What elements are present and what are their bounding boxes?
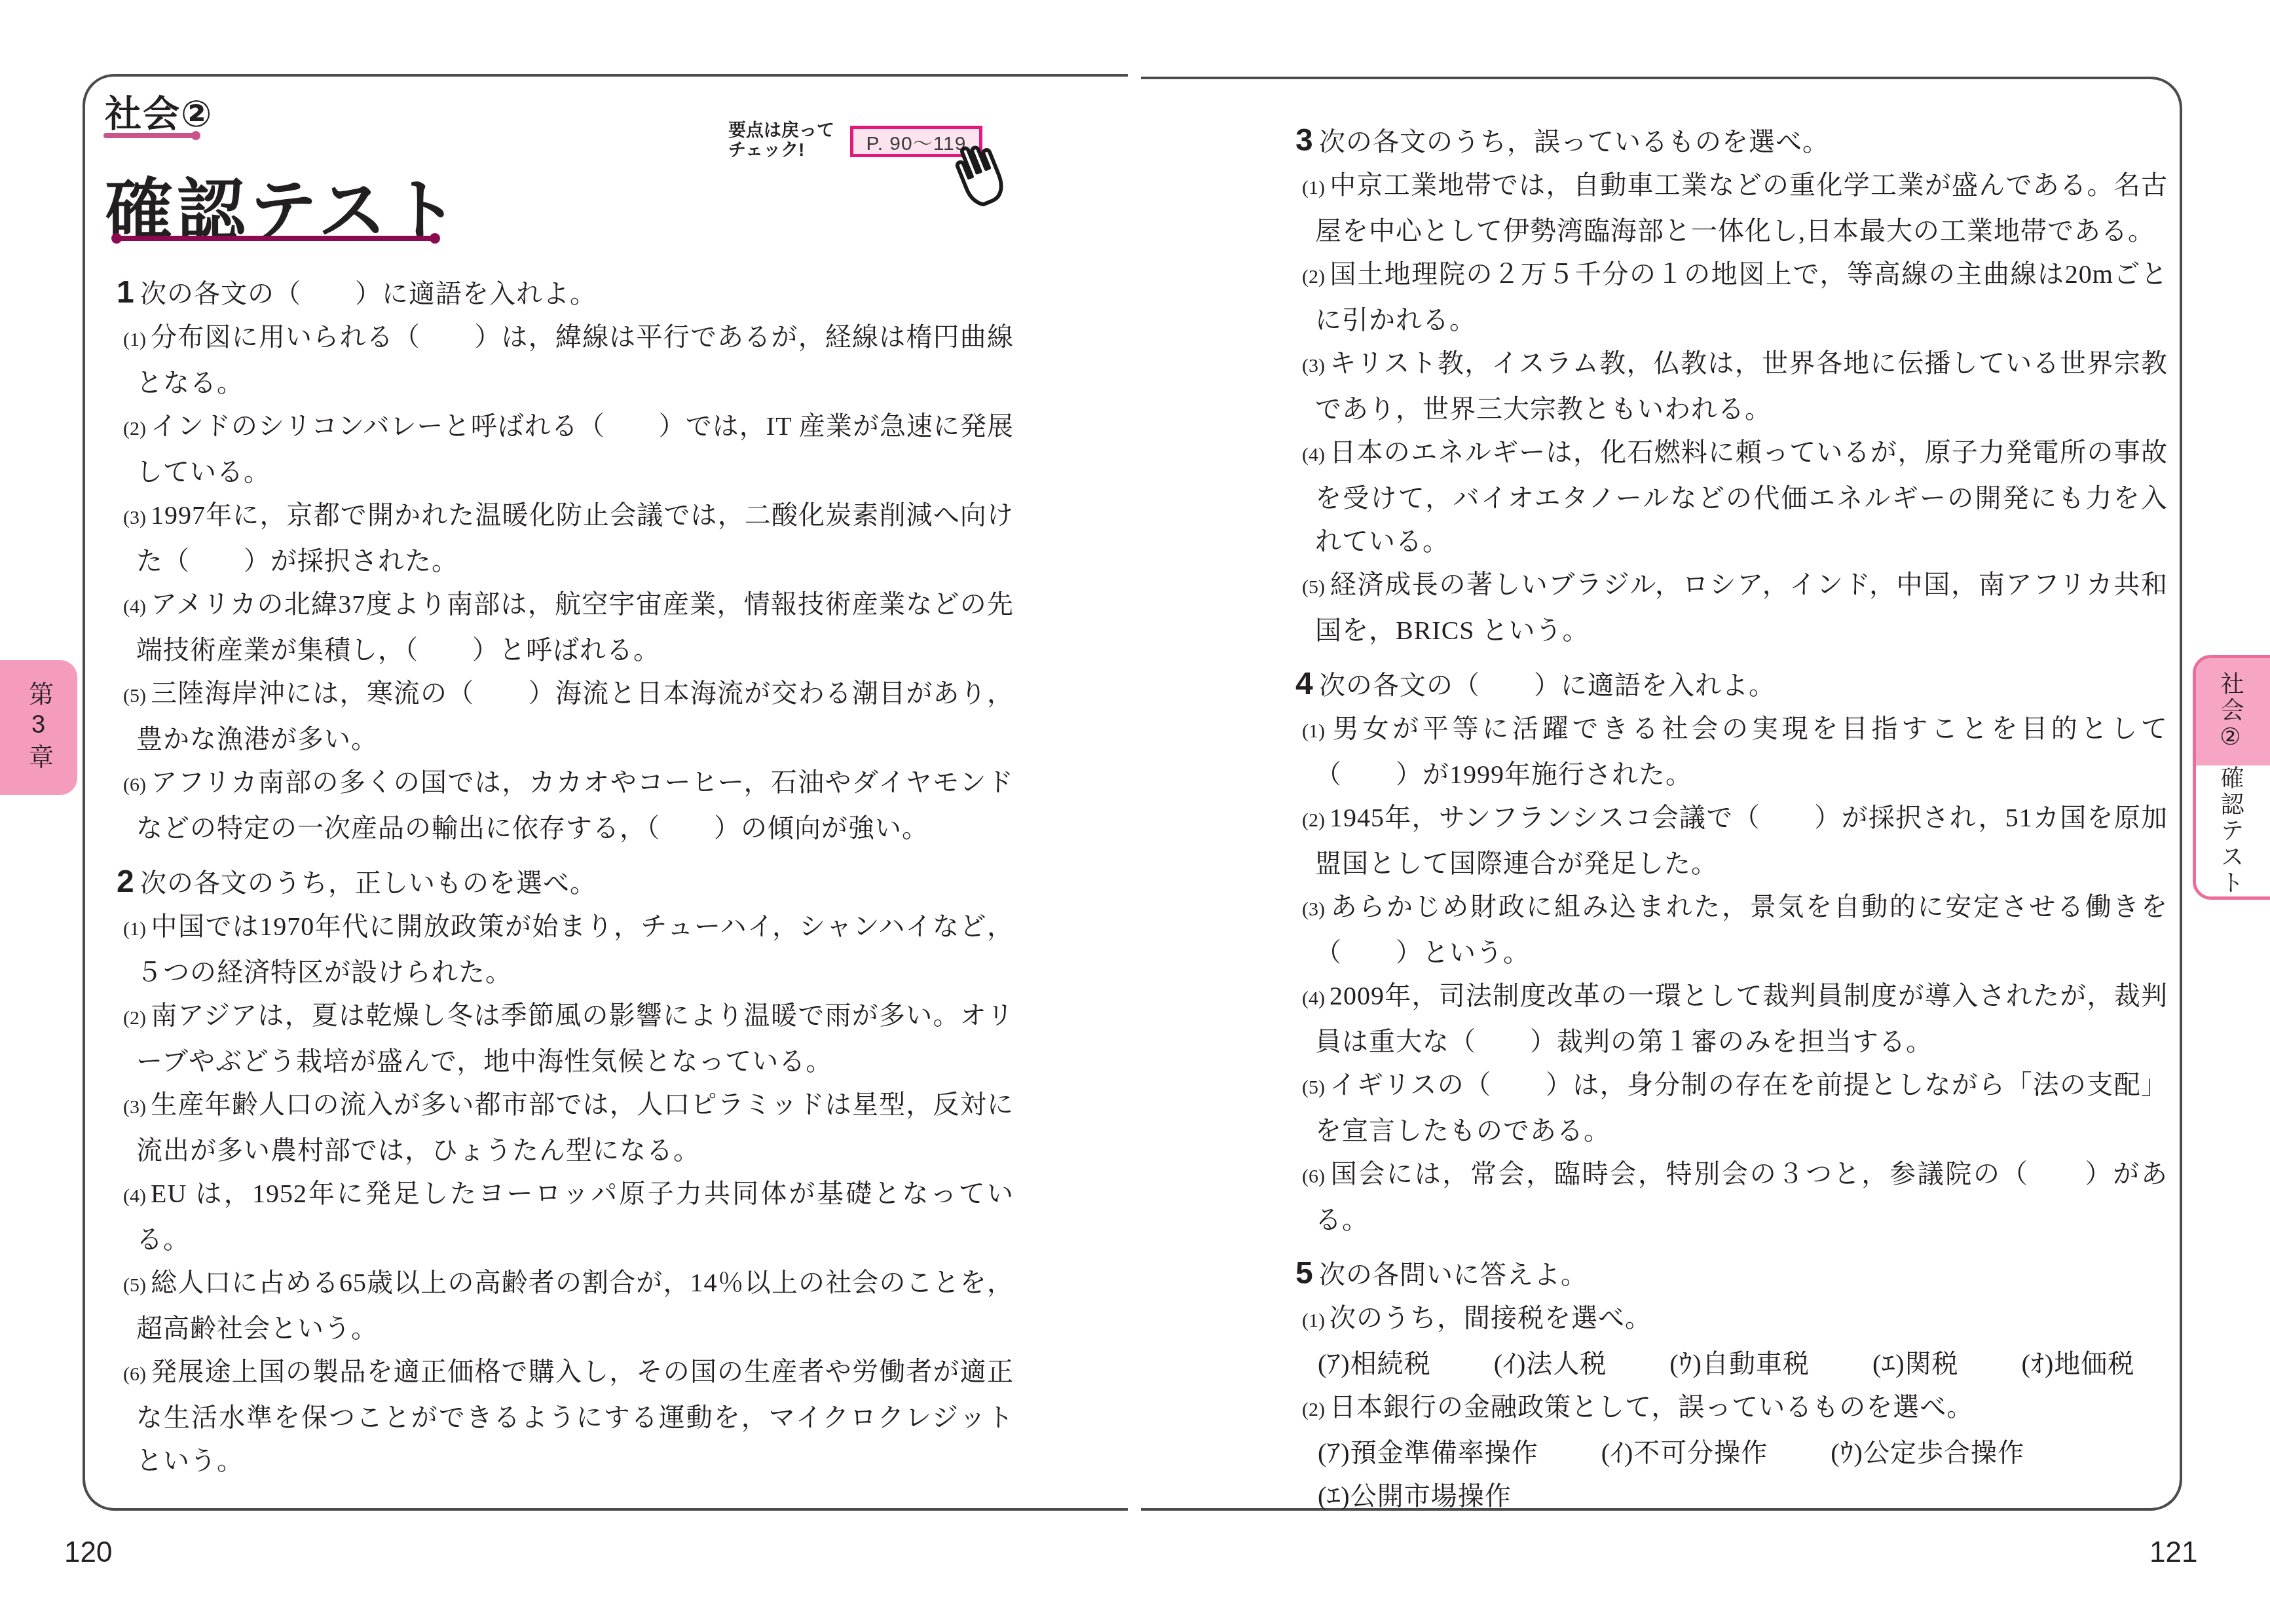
item-label: (3) bbox=[123, 496, 151, 540]
option-choice: (ｲ)法人税 bbox=[1494, 1342, 1607, 1386]
item-text: 日本のエネルギーは，化石燃料に頼っているが，原子力発電所の事故を受けて，バイオエ… bbox=[1315, 437, 2168, 556]
item-text: 分布図に用いられる（ ）は，緯線は平行であるが，経線は楕円曲線となる。 bbox=[136, 322, 1014, 397]
question-item: (1)中京工業地帯では，自動車工業などの重化学工業が盛んである。名古屋を中心とし… bbox=[1302, 164, 2168, 253]
item-label: (5) bbox=[1302, 566, 1330, 609]
question-item: (2)国土地理院の２万５千分の１の地図上で，等高線の主曲線は20mごとに引かれる… bbox=[1302, 253, 2168, 342]
question-item: (6)発展途上国の製品を適正価格で購入し，その国の生産者や労働者が適正な生活水準… bbox=[123, 1350, 1014, 1483]
question-prompt: 次の各文のうち，誤っているものを選べ。 bbox=[1319, 127, 1829, 157]
question-item: (3)生産年齢人口の流入が多い都市部では，人口ピラミッドは星型，反対に流出が多い… bbox=[123, 1083, 1014, 1172]
question-header: 1次の各文の（ ）に適語を入れよ。 bbox=[117, 271, 1014, 316]
item-text: 男女が平等に活躍できる社会の実現を目指すことを目的として（ ）が1999年施行さ… bbox=[1315, 714, 2168, 789]
item-text: イギリスの（ ）は，身分制の存在を前提としながら「法の支配」を宣言したものである… bbox=[1315, 1070, 2168, 1145]
question-prompt: 次の各問いに答えよ。 bbox=[1319, 1260, 1588, 1289]
option-choice: (ｱ)相続税 bbox=[1318, 1342, 1431, 1386]
item-text: 2009年，司法制度改革の一環として裁判員制度が導入されたが，裁判員は重大な（ … bbox=[1315, 981, 2168, 1056]
option-choice: (ｵ)地価税 bbox=[2022, 1342, 2135, 1386]
item-text: 南アジアは，夏は乾燥し冬は季節風の影響により温暖で雨が多い。オリーブやぶどう栽培… bbox=[136, 1001, 1014, 1076]
page-number-right: 121 bbox=[2149, 1536, 2197, 1569]
option-choice: (ｴ)公開市場操作 bbox=[1318, 1475, 1512, 1518]
item-label: (1) bbox=[1302, 1299, 1330, 1342]
item-text: 中国では1970年代に開放政策が始まり，チューハイ，シャンハイなど，５つの経済特… bbox=[136, 912, 1014, 987]
question-header: 4次の各文の（ ）に適語を入れよ。 bbox=[1295, 663, 2168, 707]
question-item: (6)アフリカ南部の多くの国では，カカオやコーヒー，石油やダイヤモンドなどの特定… bbox=[123, 761, 1014, 850]
check-note-line1: 要点は戻って bbox=[728, 120, 859, 140]
question-prompt: 次の各文の（ ）に適語を入れよ。 bbox=[1319, 671, 1776, 700]
option-choice: (ｳ)自動車税 bbox=[1669, 1342, 1810, 1386]
item-text: 国会には，常会，臨時会，特別会の３つと，参議院の（ ）がある。 bbox=[1315, 1159, 2168, 1234]
item-label: (2) bbox=[123, 407, 151, 451]
subject-label: 社会② bbox=[105, 85, 213, 138]
section-tab: 社会② 確認テスト bbox=[2193, 655, 2270, 900]
question-prompt: 次の各文の（ ）に適語を入れよ。 bbox=[140, 279, 597, 308]
question-number: 5 bbox=[1295, 1252, 1319, 1295]
question-prompt: 次の各文のうち，正しいものを選べ。 bbox=[140, 868, 597, 898]
item-text: 次のうち，間接税を選べ。 bbox=[1330, 1303, 1652, 1333]
question-header: 3次の各文のうち，誤っているものを選べ。 bbox=[1295, 119, 2168, 164]
questions-column-right: 3次の各文のうち，誤っているものを選べ。(1)中京工業地帯では，自動車工業などの… bbox=[1302, 119, 2168, 1518]
question-item: (6)国会には，常会，臨時会，特別会の３つと，参議院の（ ）がある。 bbox=[1302, 1153, 2168, 1242]
item-text: 三陸海岸沖には，寒流の（ ）海流と日本海流が交わる潮目があり，豊かな漁港が多い。 bbox=[136, 678, 1014, 754]
check-note-line2: チェック! bbox=[728, 140, 859, 160]
question-number: 2 bbox=[117, 860, 140, 904]
item-text: アフリカ南部の多くの国では，カカオやコーヒー，石油やダイヤモンドなどの特定の一次… bbox=[136, 767, 1014, 843]
option-row: (ｱ)預金準備率操作(ｲ)不可分操作(ｳ)公定歩合操作 bbox=[1302, 1431, 2168, 1475]
item-label: (1) bbox=[123, 318, 151, 361]
question-item: (2)日本銀行の金融政策として，誤っているものを選べ。 bbox=[1302, 1386, 2168, 1431]
item-text: 国土地理院の２万５千分の１の地図上で，等高線の主曲線は20mごとに引かれる。 bbox=[1315, 259, 2168, 335]
item-label: (1) bbox=[1302, 710, 1330, 753]
item-text: キリスト教，イスラム教，仏教は，世界各地に伝播している世界宗教であり，世界三大宗… bbox=[1315, 348, 2168, 424]
title-rule bbox=[117, 236, 435, 241]
question-item: (5)三陸海岸沖には，寒流の（ ）海流と日本海流が交わる潮目があり，豊かな漁港が… bbox=[123, 672, 1014, 761]
item-label: (4) bbox=[123, 1175, 151, 1218]
question-item: (5)経済成長の著しいブラジル，ロシア，インド，中国，南アフリカ共和国を，BRI… bbox=[1302, 563, 2168, 652]
item-label: (3) bbox=[123, 1086, 151, 1129]
option-choice: (ｳ)公定歩合操作 bbox=[1831, 1431, 2024, 1475]
item-label: (3) bbox=[1302, 344, 1330, 388]
item-text: 発展途上国の製品を適正価格で購入し，その国の生産者や労働者が適正な生活水準を保つ… bbox=[136, 1357, 1014, 1475]
question-block: 1次の各文の（ ）に適語を入れよ。(1)分布図に用いられる（ ）は，緯線は平行で… bbox=[123, 271, 1014, 850]
item-text: 生産年齢人口の流入が多い都市部では，人口ピラミッドは星型，反対に流出が多い農村部… bbox=[136, 1090, 1014, 1165]
item-text: 総人口に占める65歳以上の高齢者の割合が，14％以上の社会のことを，超高齢社会と… bbox=[136, 1268, 1014, 1343]
hand-cursor-icon bbox=[951, 135, 1016, 208]
question-item: (3)1997年に，京都で開かれた温暖化防止会議では，二酸化炭素削減へ向けた（ … bbox=[123, 494, 1014, 583]
section-tab-subject-label: 社会② bbox=[2214, 671, 2248, 753]
chapter-tab: 第3章 bbox=[0, 660, 77, 795]
question-item: (1)中国では1970年代に開放政策が始まり，チューハイ，シャンハイなど，５つの… bbox=[123, 905, 1014, 994]
section-tab-subject: 社会② bbox=[2196, 658, 2270, 766]
question-item: (4)2009年，司法制度改革の一環として裁判員制度が導入されたが，裁判員は重大… bbox=[1302, 974, 2168, 1063]
question-item: (1)分布図に用いられる（ ）は，緯線は平行であるが，経線は楕円曲線となる。 bbox=[123, 316, 1014, 405]
question-number: 3 bbox=[1295, 119, 1319, 162]
item-label: (6) bbox=[123, 764, 151, 807]
question-item: (3)キリスト教，イスラム教，仏教は，世界各地に伝播している世界宗教であり，世界… bbox=[1302, 342, 2168, 431]
question-item: (1)次のうち，間接税を選べ。 bbox=[1302, 1297, 2168, 1342]
option-choice: (ｱ)預金準備率操作 bbox=[1318, 1431, 1538, 1475]
item-label: (1) bbox=[1302, 166, 1330, 210]
item-text: EU は，1952年に発足したヨーロッパ原子力共同体が基礎となっている。 bbox=[136, 1179, 1014, 1254]
question-header: 5次の各問いに答えよ。 bbox=[1295, 1252, 2168, 1297]
section-tab-title: 確認テスト bbox=[2196, 766, 2270, 896]
question-number: 4 bbox=[1295, 663, 1319, 706]
check-note: 要点は戻って チェック! bbox=[728, 120, 859, 160]
question-header: 2次の各文のうち，正しいものを選べ。 bbox=[117, 860, 1014, 905]
question-block: 3次の各文のうち，誤っているものを選べ。(1)中京工業地帯では，自動車工業などの… bbox=[1302, 119, 2168, 652]
item-text: 日本銀行の金融政策として，誤っているものを選べ。 bbox=[1330, 1392, 1973, 1422]
question-item: (5)イギリスの（ ）は，身分制の存在を前提としながら「法の支配」を宣言したもの… bbox=[1302, 1063, 2168, 1153]
item-text: あらかじめ財政に組み込まれた，景気を自動的に安定させる働きを（ ）という。 bbox=[1315, 892, 2168, 967]
option-choice: (ｲ)不可分操作 bbox=[1601, 1431, 1768, 1475]
item-label: (6) bbox=[123, 1353, 151, 1396]
item-label: (5) bbox=[123, 674, 151, 718]
item-label: (2) bbox=[1302, 1388, 1330, 1431]
textbook-spread: 社会② 確認テスト 要点は戻って チェック! P. 90〜119 第3章 社会②… bbox=[0, 0, 2270, 1624]
item-label: (1) bbox=[123, 908, 151, 951]
item-label: (5) bbox=[123, 1264, 151, 1307]
item-label: (2) bbox=[1302, 799, 1330, 842]
option-row: (ｱ)相続税(ｲ)法人税(ｳ)自動車税(ｴ)関税(ｵ)地価税 bbox=[1302, 1342, 2168, 1386]
question-item: (3)あらかじめ財政に組み込まれた，景気を自動的に安定させる働きを（ ）という。 bbox=[1302, 885, 2168, 974]
item-label: (6) bbox=[1302, 1155, 1330, 1198]
question-item: (5)総人口に占める65歳以上の高齢者の割合が，14％以上の社会のことを，超高齢… bbox=[123, 1261, 1014, 1350]
item-text: 経済成長の著しいブラジル，ロシア，インド，中国，南アフリカ共和国を，BRICS … bbox=[1315, 570, 2168, 645]
item-label: (4) bbox=[1302, 977, 1330, 1020]
question-item: (4)日本のエネルギーは，化石燃料に頼っているが，原子力発電所の事故を受けて，バ… bbox=[1302, 431, 2168, 563]
chapter-tab-label: 第3章 bbox=[21, 681, 57, 774]
item-label: (2) bbox=[123, 997, 151, 1040]
item-text: 1997年に，京都で開かれた温暖化防止会議では，二酸化炭素削減へ向けた（ ）が採… bbox=[136, 500, 1014, 576]
question-item: (2)1945年，サンフランシスコ会議で（ ）が採択され，51カ国を原加盟国とし… bbox=[1302, 796, 2168, 885]
item-text: インドのシリコンバレーと呼ばれる（ ）では，IT 産業が急速に発展している。 bbox=[136, 411, 1014, 487]
option-row: (ｴ)公開市場操作 bbox=[1302, 1475, 2168, 1518]
question-block: 2次の各文のうち，正しいものを選べ。(1)中国では1970年代に開放政策が始まり… bbox=[123, 860, 1014, 1483]
item-text: 中京工業地帯では，自動車工業などの重化学工業が盛んである。名古屋を中心として伊勢… bbox=[1315, 170, 2168, 246]
item-text: アメリカの北緯37度より南部は，航空宇宙産業，情報技術産業などの先端技術産業が集… bbox=[136, 589, 1014, 665]
item-label: (5) bbox=[1302, 1066, 1330, 1109]
question-item: (2)インドのシリコンバレーと呼ばれる（ ）では，IT 産業が急速に発展している… bbox=[123, 405, 1014, 494]
question-block: 4次の各文の（ ）に適語を入れよ。(1)男女が平等に活躍できる社会の実現を目指す… bbox=[1302, 663, 2168, 1242]
question-item: (4)EU は，1952年に発足したヨーロッパ原子力共同体が基礎となっている。 bbox=[123, 1172, 1014, 1261]
question-block: 5次の各問いに答えよ。(1)次のうち，間接税を選べ。(ｱ)相続税(ｲ)法人税(ｳ… bbox=[1302, 1252, 2168, 1518]
item-label: (2) bbox=[1302, 255, 1330, 299]
item-text: 1945年，サンフランシスコ会議で（ ）が採択され，51カ国を原加盟国として国際… bbox=[1315, 803, 2168, 878]
item-label: (3) bbox=[1302, 888, 1330, 931]
question-item: (4)アメリカの北緯37度より南部は，航空宇宙産業，情報技術産業などの先端技術産… bbox=[123, 583, 1014, 672]
item-label: (4) bbox=[123, 585, 151, 629]
questions-column-left: 1次の各文の（ ）に適語を入れよ。(1)分布図に用いられる（ ）は，緯線は平行で… bbox=[123, 271, 1014, 1483]
item-label: (4) bbox=[1302, 434, 1330, 477]
page-number-left: 120 bbox=[64, 1536, 112, 1569]
section-tab-title-label: 確認テスト bbox=[2214, 766, 2248, 896]
subject-underline bbox=[103, 133, 194, 138]
question-item: (1)男女が平等に活躍できる社会の実現を目指すことを目的として（ ）が1999年… bbox=[1302, 707, 2168, 796]
option-choice: (ｴ)関税 bbox=[1872, 1342, 1959, 1386]
question-item: (2)南アジアは，夏は乾燥し冬は季節風の影響により温暖で雨が多い。オリーブやぶど… bbox=[123, 994, 1014, 1083]
question-number: 1 bbox=[117, 271, 140, 314]
